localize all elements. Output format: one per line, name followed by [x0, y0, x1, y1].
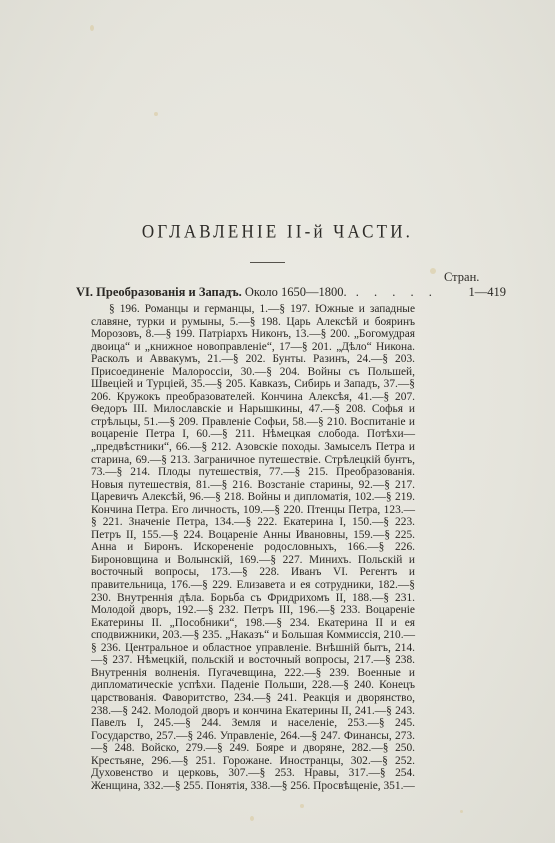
foxing-spot [460, 810, 463, 813]
section-number: VI. [76, 285, 93, 299]
contents-paragraph: § 196. Романцы и германцы, 1.—§ 197. Южн… [91, 303, 415, 792]
foxing-spot [300, 804, 304, 808]
foxing-spot [250, 816, 254, 821]
section-heading: VI. Преобразованія и Западъ. Около 1650—… [76, 285, 506, 300]
foxing-spot [430, 268, 436, 274]
pages-column-header: Стран. [444, 270, 479, 285]
page-title: ОГЛАВЛЕНІЕ II-й ЧАСТИ. [0, 221, 555, 243]
dot-leader: . . . . . [356, 285, 438, 299]
section-name: Преобразованія и Западъ. [96, 285, 242, 299]
foxing-spot [90, 25, 94, 31]
title-divider [250, 262, 285, 263]
foxing-spot [154, 112, 158, 116]
section-pages: 1—419 [469, 285, 507, 300]
book-page: ОГЛАВЛЕНІЕ II-й ЧАСТИ. Стран. VI. Преобр… [0, 0, 555, 843]
section-period: Около 1650—1800. [245, 285, 347, 299]
